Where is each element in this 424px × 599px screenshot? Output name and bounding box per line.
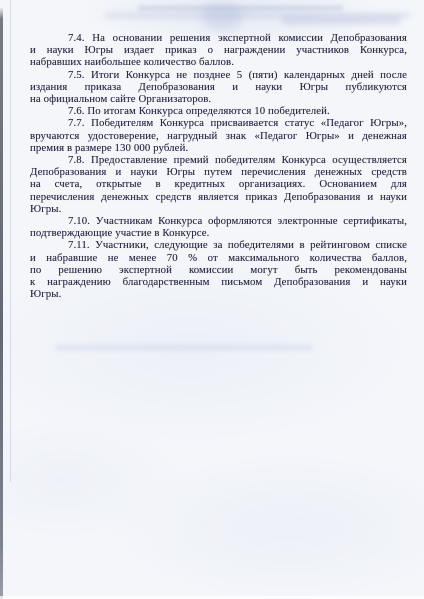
bleed-through-smudge [282, 16, 400, 25]
text-line: издания приказа Депобразования и науки Ю… [30, 81, 407, 93]
text-line: на официальном сайте Организаторов. [30, 93, 407, 105]
text-line: 7.8. Предоставление премий победителям К… [30, 154, 407, 166]
text-line: по решению экспертной комиссии могут быт… [30, 264, 407, 276]
paragraph-7-5: 7.5. Итоги Конкурса не позднее 5 (пяти) … [30, 69, 407, 106]
paragraph-7-8: 7.8. Предоставление премий победителям К… [30, 154, 407, 215]
paragraph-7-7: 7.7. Победителям Конкурса присваивается … [30, 117, 407, 154]
text-line: вручаются удостоверение, нагрудный знак … [30, 130, 407, 142]
bleed-through-smudge [138, 6, 343, 10]
bleed-through-smudge [203, 3, 241, 30]
text-line: 7.10. Участникам Конкурса оформляются эл… [30, 215, 407, 227]
text-line: 7.4. На основании решения экспертной ком… [30, 32, 407, 44]
text-line: перечисления денежных средств является п… [30, 191, 407, 203]
text-line: 7.7. Победителям Конкурса присваивается … [30, 117, 407, 129]
text-line: Югры. [30, 288, 407, 300]
scan-fold-line [10, 0, 11, 482]
scan-edge-left [0, 7, 3, 599]
text-line: к награждению благодарственным письмом Д… [30, 276, 407, 288]
paragraph-7-4: 7.4. На основании решения экспертной ком… [30, 32, 407, 69]
scanned-page: 7.4. На основании решения экспертной ком… [0, 0, 424, 599]
bleed-through-smudge [55, 345, 313, 350]
text-line: премия в размере 130 000 рублей. [30, 142, 407, 154]
paragraph-7-11: 7.11. Участники, следующие за победителя… [30, 239, 407, 300]
paragraph-7-6: 7.6. По итогам Конкурса определяются 10 … [30, 105, 407, 117]
text-line: Югры. [30, 203, 407, 215]
document-text: 7.4. На основании решения экспертной ком… [30, 32, 407, 300]
text-line: Депобразования и науки Югры путем перечи… [30, 166, 407, 178]
text-line: набравших наибольшее количество баллов. [30, 56, 407, 68]
text-line: подтверждающие участие в Конкурсе. [30, 227, 407, 239]
paragraph-7-10: 7.10. Участникам Конкурса оформляются эл… [30, 215, 407, 239]
text-line: 7.5. Итоги Конкурса не позднее 5 (пяти) … [30, 69, 407, 81]
text-line: и набравшие не менее 70 % от максимально… [30, 252, 407, 264]
text-line: 7.6. По итогам Конкурса определяются 10 … [30, 105, 407, 117]
bleed-through-smudge [105, 13, 410, 18]
text-line: 7.11. Участники, следующие за победителя… [30, 239, 407, 251]
text-line: на счета, открытые в кредитных организац… [30, 178, 407, 190]
text-line: и науки Югры издает приказ о награждении… [30, 44, 407, 56]
